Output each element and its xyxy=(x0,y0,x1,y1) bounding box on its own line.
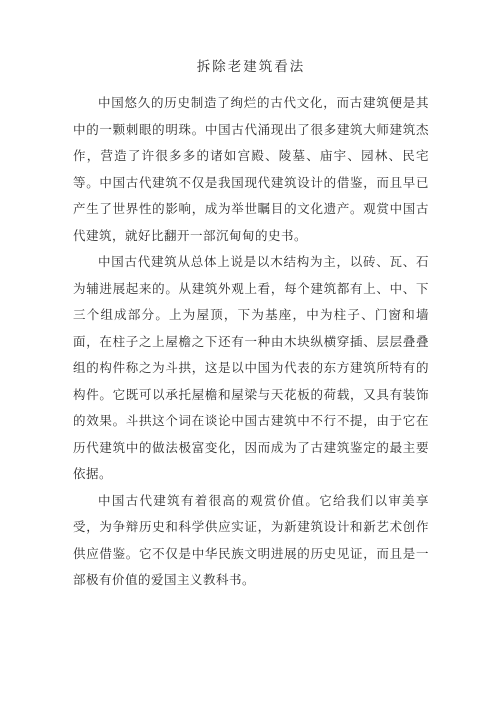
paragraph-2: 中国古代建筑从总体上说是以木结构为主，以砖、瓦、石为辅进展起来的。从建筑外观上看… xyxy=(73,249,429,488)
document-content: 拆除老建筑看法 中国悠久的历史制造了绚烂的古代文化，而古建筑便是其中的一颗刺眼的… xyxy=(73,45,429,594)
paragraph-3: 中国古代建筑有着很高的观赏价值。它给我们以审美享受，为争辩历史和科学供应实证，为… xyxy=(73,488,429,594)
document-title: 拆除老建筑看法 xyxy=(73,54,429,80)
paragraph-1: 中国悠久的历史制造了绚烂的古代文化，而古建筑便是其中的一颗刺眼的明珠。中国古代涌… xyxy=(73,90,429,249)
document-page: 拆除老建筑看法 中国悠久的历史制造了绚烂的古代文化，而古建筑便是其中的一颗刺眼的… xyxy=(0,0,500,707)
